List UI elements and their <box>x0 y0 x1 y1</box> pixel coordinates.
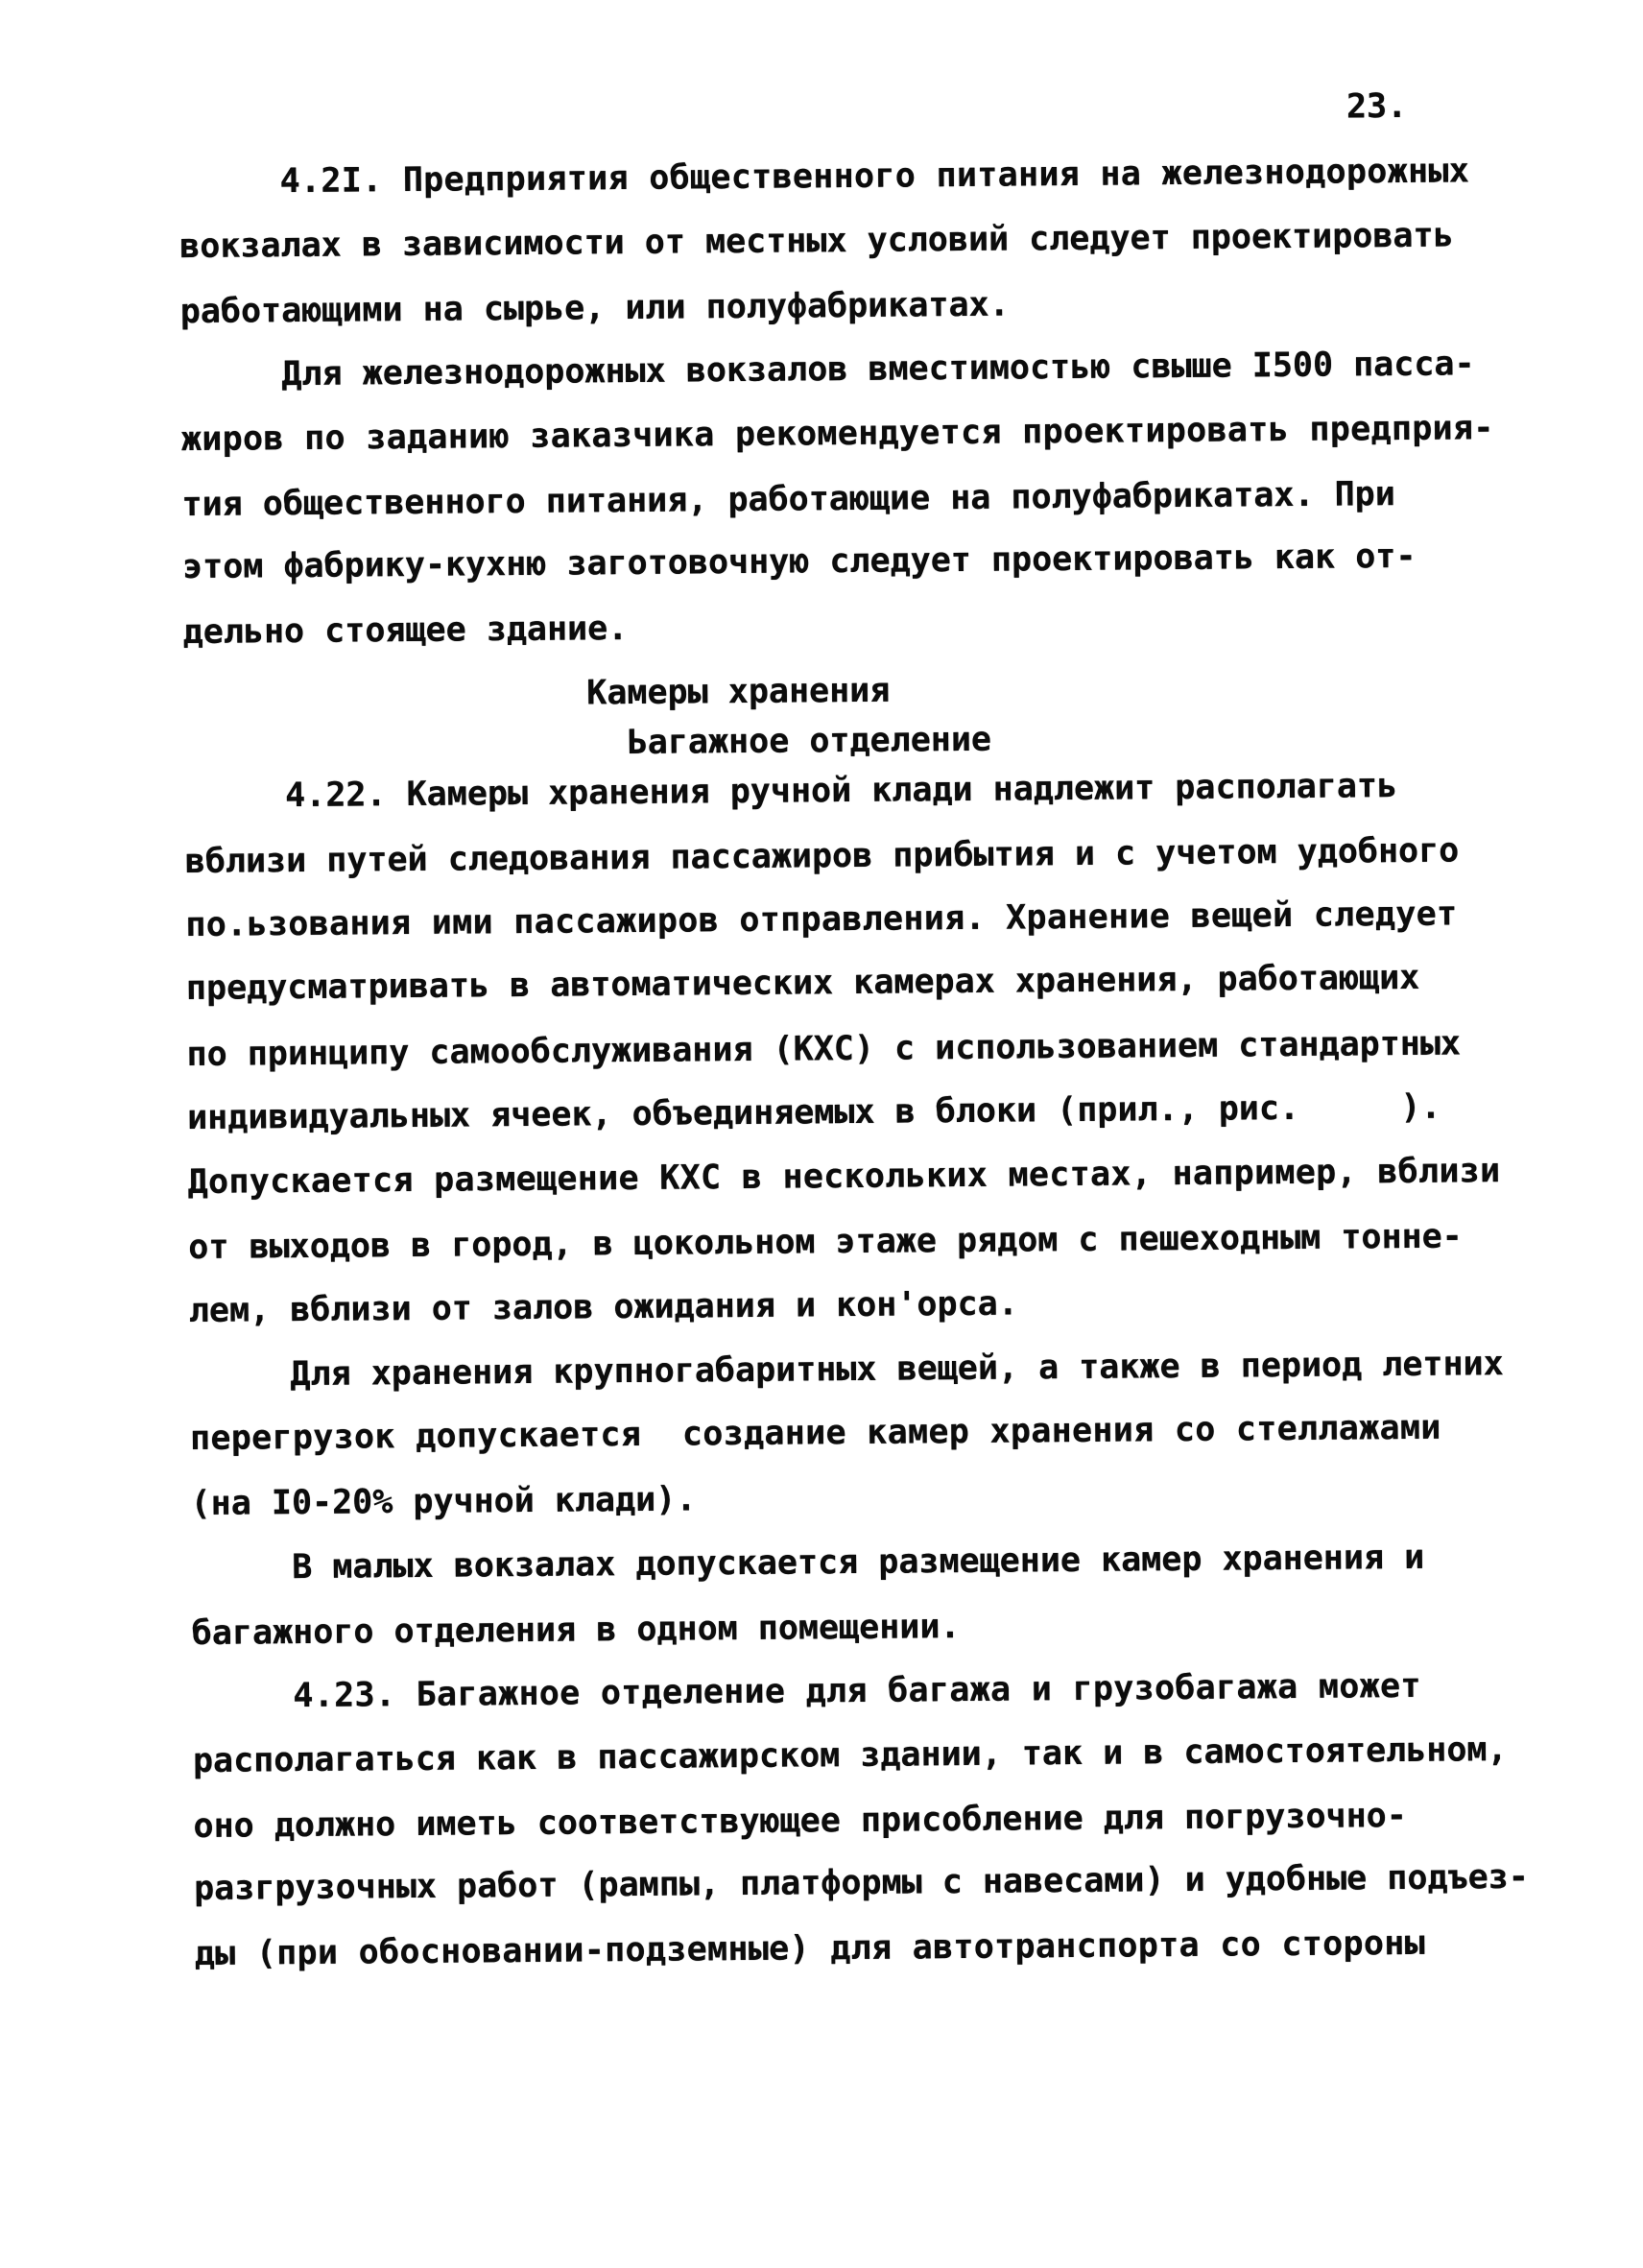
text-line: В малых вокзалах допускается размещение … <box>191 1538 1564 1613</box>
document-text-body: 4.2I. Предприятия общественного питания … <box>179 152 1567 1999</box>
text-line: предусматривать в автоматических камерах… <box>186 958 1560 1034</box>
text-line: дельно стоящее здание. <box>183 602 1557 678</box>
text-line: Для железнодорожных вокзалов вместимость… <box>180 345 1554 420</box>
page-number: 23. <box>1346 87 1408 127</box>
text-line: индивидуальных ячеек, объединяемых в бло… <box>187 1087 1560 1163</box>
text-line: лем, вблизи от залов ожидания и кон'орса… <box>189 1280 1562 1356</box>
text-line: от выходов в город, в цокольном этаже ря… <box>188 1217 1561 1293</box>
text-line: жиров по заданию заказчика рекомендуется… <box>181 409 1555 485</box>
scanned-document-page: 23. 4.2I. Предприятия общественного пита… <box>0 0 1643 2268</box>
section-heading: Камеры хранения <box>586 666 1556 725</box>
text-line: перегрузок допускается создание камер хр… <box>190 1408 1563 1484</box>
text-line: разгрузочных работ (рампы, платформы с н… <box>194 1858 1567 1934</box>
text-line: этом фабрику-кухню заготовочную следует … <box>182 537 1556 612</box>
text-line: (на I0-20% ручной клади). <box>190 1473 1563 1549</box>
text-line: вокзалах в зависимости от местных услови… <box>179 216 1553 292</box>
text-line: 4.22. Камеры хранения ручной клади надле… <box>184 766 1558 842</box>
text-line: ды (при обосновании-подземные) для автот… <box>195 1923 1568 1999</box>
text-line: по принципу самообслуживания (КХС) с исп… <box>186 1024 1560 1100</box>
text-line: вблизи путей следования пассажиров прибы… <box>185 831 1559 907</box>
text-line: располагаться как в пассажирском здании,… <box>193 1731 1566 1806</box>
text-line: работающими на сырье, или полуфабрикатах… <box>180 281 1554 357</box>
text-line: багажного отделения в одном помещении. <box>192 1603 1565 1679</box>
text-line: 4.23. Багажное отделение для багажа и гр… <box>192 1666 1565 1742</box>
text-line: Допускается размещение КХС в нескольких … <box>188 1152 1561 1228</box>
section-heading: Ьагажное отделение <box>628 716 1557 774</box>
page-tilt-wrapper: 23. 4.2I. Предприятия общественного пита… <box>0 0 1643 2268</box>
text-line: 4.2I. Предприятия общественного питания … <box>179 152 1552 227</box>
